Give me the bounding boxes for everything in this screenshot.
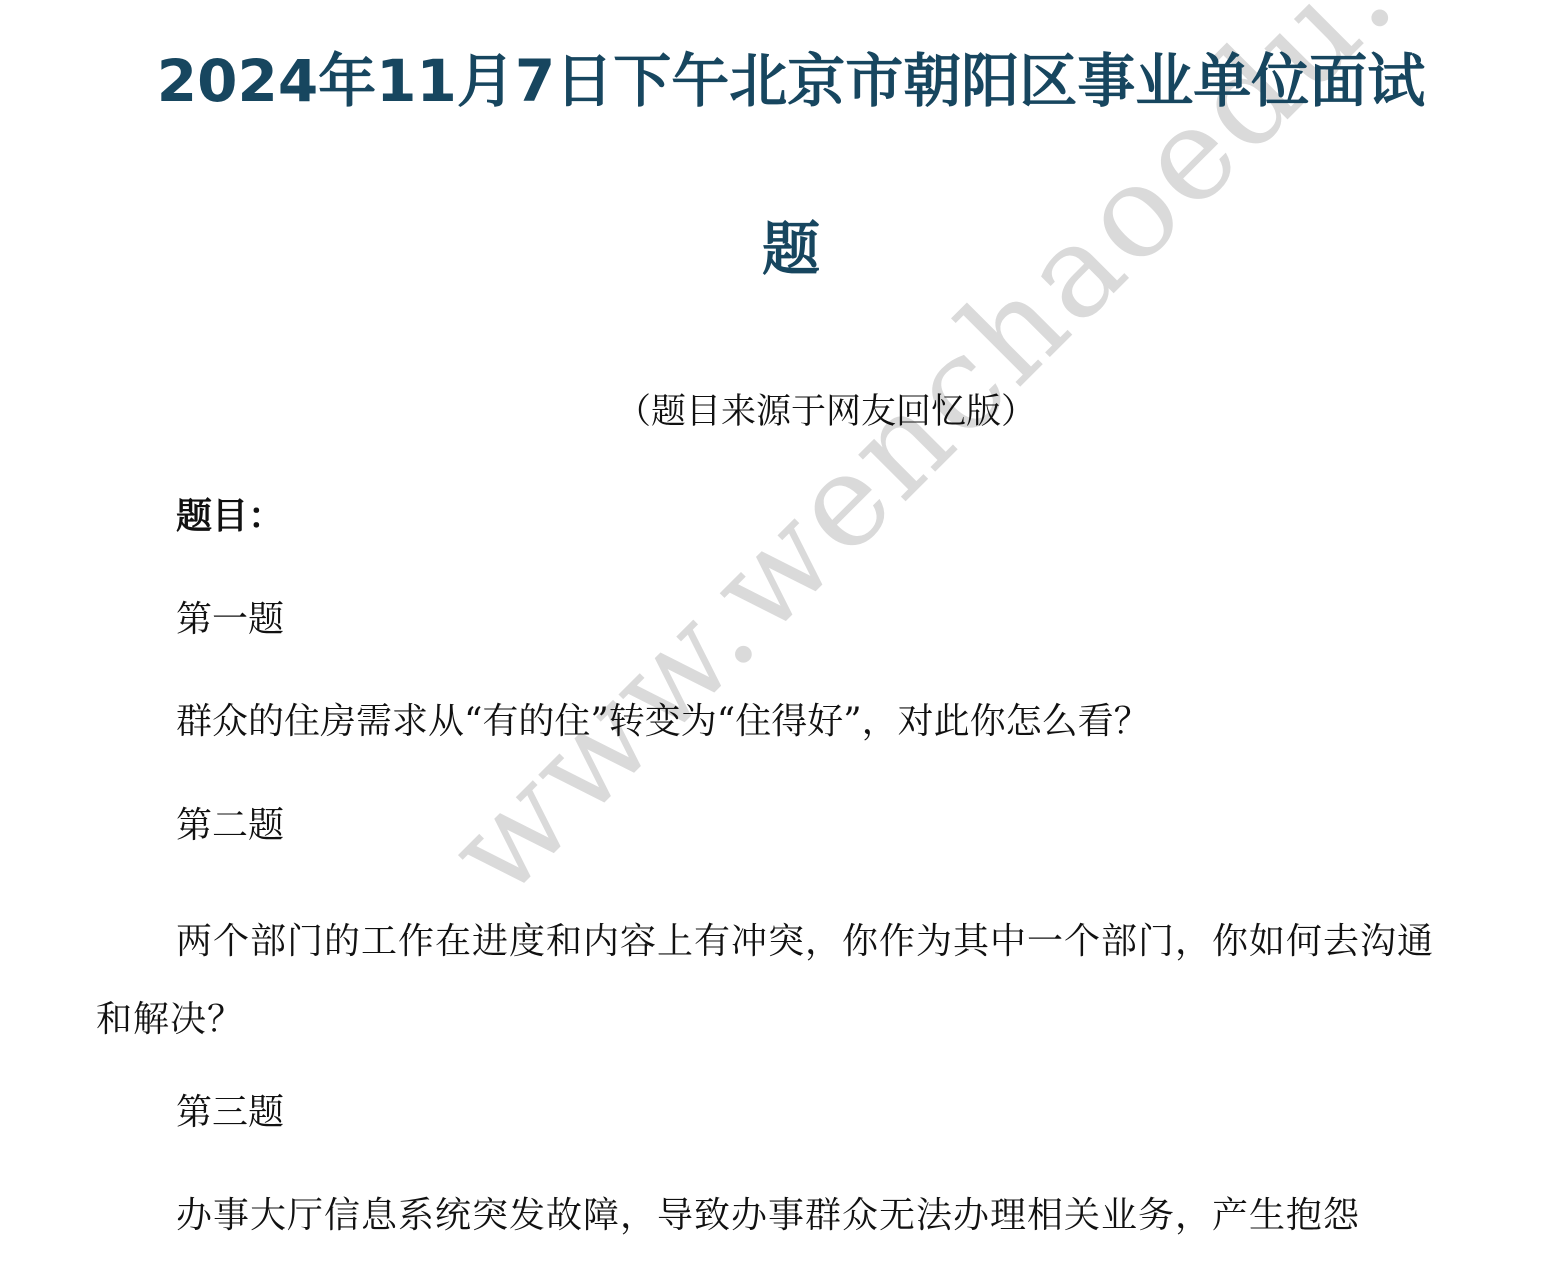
question-1-body: 群众的住房需求从“有的住”转变为“住得好”，对此你怎么看？ <box>96 698 1466 746</box>
watermark: www.wenchaoedu.com <box>420 0 1546 925</box>
question-1-heading: 第一题 <box>96 596 1466 644</box>
question-3-body: 办事大厅信息系统突发故障，导致办事群众无法办理相关业务，产生抱怨 <box>96 1192 1466 1240</box>
question-2-body: 两个部门的工作在进度和内容上有冲突，你作为其中一个部门，你如何去沟通和解决？ <box>96 903 1466 1059</box>
document-subtitle: （题目来源于网友回忆版） <box>96 390 1546 434</box>
question-2-heading: 第二题 <box>96 802 1466 850</box>
section-label: 题目： <box>96 492 1466 540</box>
document-title-line1: 2024年11月7日下午北京市朝阳区事业单位面试 <box>96 48 1486 114</box>
document-page: www.wenchaoedu.com 2024年11月7日下午北京市朝阳区事业单… <box>0 0 1546 1264</box>
question-3-heading: 第三题 <box>96 1089 1466 1137</box>
document-title-line2: 题 <box>96 216 1486 282</box>
